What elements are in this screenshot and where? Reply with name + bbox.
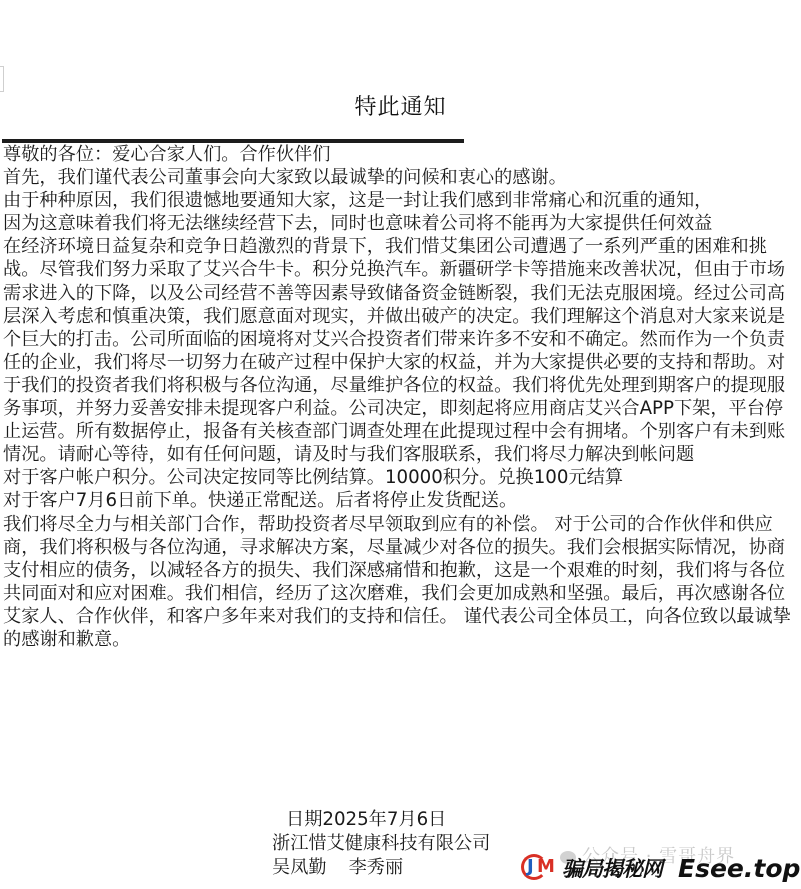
- notice-title: 特此通知: [0, 90, 801, 121]
- paragraph-points-settlement: 对于客户帐户积分。公司决定按同等比例结算。10000积分。兑换100元结算: [3, 466, 801, 489]
- signer-1: 吴凤勤: [272, 857, 327, 878]
- jm-logo-icon: J M: [520, 853, 556, 883]
- paragraph-cease-operations: 因为这意味着我们将无法继续经营下去，同时也意味着公司将不能再为大家提供任何效益: [3, 212, 801, 235]
- logo-letter-j: J: [527, 856, 534, 877]
- paragraph-closing: 我们将尽全力与相关部门合作，帮助投资者尽早领取到应有的补偿。 对于公司的合作伙伴…: [3, 513, 801, 652]
- brand-name: 骗局揭秘网: [562, 853, 662, 883]
- paragraph-announcement: 由于种种原因，我们很遗憾地要通知大家，这是一封让我们感到非常痛心和沉重的通知，: [3, 189, 801, 212]
- paragraph-delivery: 对于客户7月6日前下单。快递正常配送。后者将停止发货配送。: [3, 489, 801, 512]
- notice-title-text: 特此通知: [354, 90, 446, 121]
- logo-letter-m: M: [537, 856, 555, 877]
- page-edge-marker: [0, 66, 4, 92]
- notice-date: 日期2025年7月6日: [286, 808, 490, 832]
- company-name: 浙江惜艾健康科技有限公司: [272, 832, 490, 856]
- notice-body: 尊敬的各位：爱心合家人们。合作伙伴们 首先，我们谨代表公司董事会向大家致以最诚挚…: [3, 143, 801, 651]
- brand-watermark: J M 骗局揭秘网 Esee.top: [520, 852, 800, 884]
- brand-site: Esee.top: [678, 854, 800, 883]
- signers: 吴凤勤李秀丽: [272, 856, 490, 880]
- signoff-block: 日期2025年7月6日 浙江惜艾健康科技有限公司 吴凤勤李秀丽: [286, 808, 490, 880]
- salutation: 尊敬的各位：爱心合家人们。合作伙伴们: [3, 143, 801, 166]
- paragraph-greeting: 首先，我们谨代表公司董事会向大家致以最诚挚的问候和衷心的感谢。: [3, 166, 801, 189]
- paragraph-background: 在经济环境日益复杂和竞争日趋激烈的背景下，我们惜艾集团公司遭遇了一系列严重的困难…: [3, 235, 801, 466]
- signer-2: 李秀丽: [349, 857, 404, 878]
